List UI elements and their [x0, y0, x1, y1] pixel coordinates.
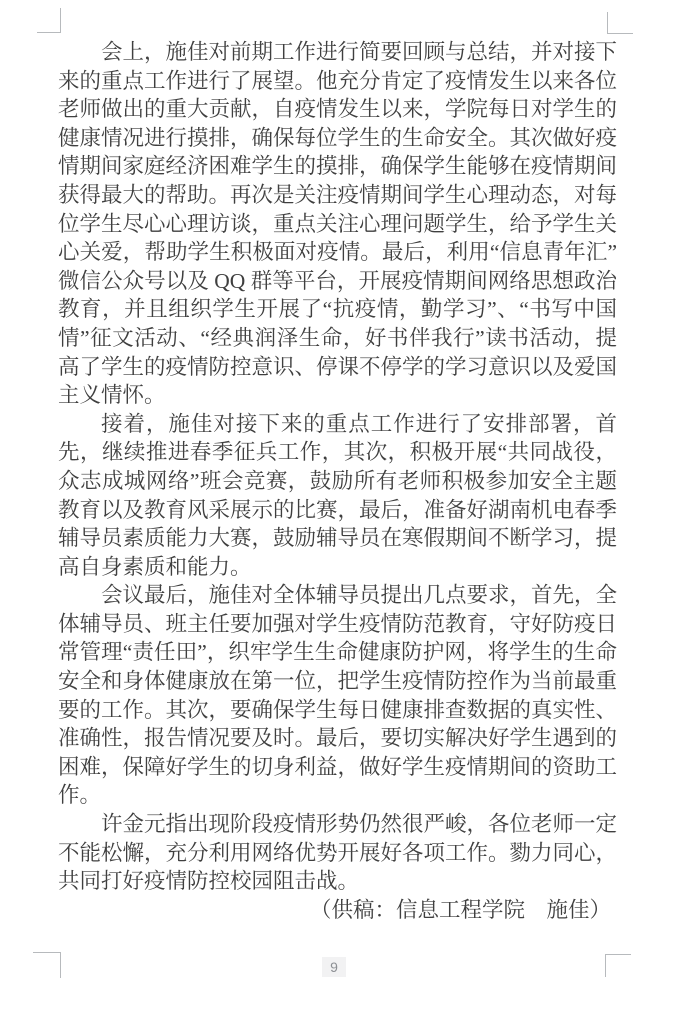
document-page: 会上，施佳对前期工作进行简要回顾与总结，并对接下来的重点工作进行了展望。他充分肯… — [0, 0, 677, 1024]
body-paragraph-4: 许金元指出现阶段疫情形势仍然很严峻，各位老师一定不能松懈，充分利用网络优势开展好… — [58, 810, 617, 896]
page-footer: 9 — [0, 957, 668, 977]
document-body: 会上，施佳对前期工作进行简要回顾与总结，并对接下来的重点工作进行了展望。他充分肯… — [58, 38, 617, 924]
page-number: 9 — [322, 957, 346, 977]
body-paragraph-1: 会上，施佳对前期工作进行简要回顾与总结，并对接下来的重点工作进行了展望。他充分肯… — [58, 38, 617, 410]
crop-mark-top-right — [607, 12, 633, 34]
byline: （供稿：信息工程学院 施佳） — [58, 896, 617, 925]
body-paragraph-3: 会议最后，施佳对全体辅导员提出几点要求，首先，全体辅导员、班主任要加强对学生疫情… — [58, 581, 617, 810]
body-paragraph-2: 接着，施佳对接下来的重点工作进行了安排部署，首先，继续推进春季征兵工作，其次，积… — [58, 410, 617, 582]
crop-mark-top-left — [37, 8, 61, 33]
